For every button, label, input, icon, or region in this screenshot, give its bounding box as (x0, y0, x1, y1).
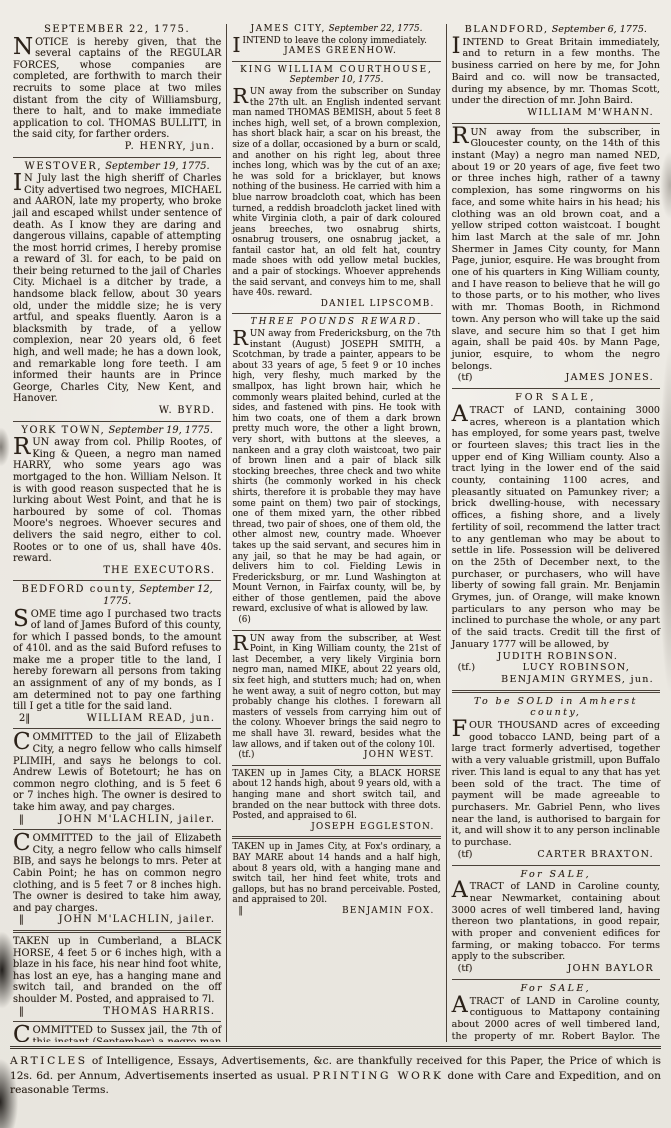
ad-body: RUN away from col. Philip Rootes, of Kin… (13, 437, 221, 565)
ad-dateline: BEDFORD county, September 12, 1775. (13, 584, 221, 607)
signature-name: BENJAMIN FOX. (342, 906, 439, 917)
ad-text: TAKEN up in James City, at Fox's ordinar… (232, 842, 440, 905)
drop-cap: I (452, 37, 463, 56)
ad-body: NOTICE is hereby given, that the several… (13, 37, 221, 141)
ad-signature: DANIEL LIPSCOMB. (238, 299, 438, 310)
ad-text: TAKEN up in Cumberland, a BLACK HORSE, 4… (13, 936, 221, 1005)
drop-cap: R (232, 329, 250, 347)
drop-cap: R (452, 127, 471, 146)
signature-name: JOHN M'LACHLIN, jailer. (59, 814, 220, 826)
signature-name: W. BYRD. (159, 405, 219, 417)
ad-body: COMMITTED to the jail of Elizabeth City,… (13, 732, 221, 813)
column-1: SEPTEMBER 22, 1775. NOTICE is hereby giv… (8, 24, 226, 1042)
ad-text: OMMITTED to the jail of Elizabeth City, … (13, 833, 221, 914)
signature-name: JOHN WEST. (364, 750, 439, 761)
drop-cap: C (13, 1025, 33, 1042)
ad-heading: FOR SALE, (452, 392, 660, 404)
ad-text: UN away from col. Philip Rootes, of King… (13, 437, 221, 564)
ad-committed-bib: COMMITTED to the jail of Elizabeth City,… (13, 829, 221, 926)
ad-text: INTEND to leave the colony immediately. (243, 36, 427, 46)
dateline-date: SEPTEMBER 22, 1775. (44, 24, 190, 35)
ad-text: UN away from the subscriber, at West Poi… (232, 634, 440, 750)
ad-heading: To be SOLD in Amherst county, (452, 696, 660, 719)
ad-body: TAKEN up in James City, a BLACK HORSE ab… (232, 769, 440, 822)
ad-text: OME time ago I purchased two tracts of l… (13, 609, 221, 713)
ad-signature: ‖ BENJAMIN FOX. (238, 906, 438, 917)
ad-dateline: JAMES CITY, September 22, 1775. (232, 24, 440, 35)
ad-three-pounds-reward-joseph-smith: THREE POUNDS REWARD. RUN away from Frede… (232, 313, 440, 625)
drop-cap: I (232, 36, 242, 54)
signature-mark: 2‖ (19, 713, 30, 725)
ad-body: IINTEND to leave the colony immediately. (232, 36, 440, 47)
ad-text: TRACT of LAND in Caroline county, near N… (452, 881, 660, 962)
ad-body: COMMITTED to the jail of Elizabeth City,… (13, 833, 221, 914)
drop-cap: R (232, 634, 250, 652)
footer-articles-word: ARTICLES (10, 1055, 88, 1067)
ad-body: ATRACT of LAND, containing 3000 acres, w… (452, 405, 660, 651)
dateline-date: September 22, 1775. (329, 24, 423, 34)
signature-name: LUCY ROBINSON, (523, 662, 635, 674)
ad-body: TAKEN up in James City, at Fox's ordinar… (232, 842, 440, 906)
ad-taken-up-black-horse-cumberland: TAKEN up in Cumberland, a BLACK HORSE, 4… (13, 930, 221, 1017)
drop-cap: C (13, 833, 33, 852)
dateline-place: WESTOVER, (25, 161, 102, 172)
dateline-place: BLANDFORD, (465, 24, 549, 35)
ad-yorktown-runaway-harry: YORK TOWN, September 19, 1775. RUN away … (13, 421, 221, 577)
ad-for-sale-king-william-tracts: FOR SALE, ATRACT of LAND, containing 300… (452, 388, 660, 686)
ad-greenhow-leaving-colony: JAMES CITY, September 22, 1775. IINTEND … (232, 24, 440, 57)
ad-dateline: YORK TOWN, September 19, 1775. (13, 425, 221, 437)
dateline-place: KING WILLIAM COURTHOUSE, (232, 65, 440, 76)
ad-body: IN July last the high sheriff of Charles… (13, 173, 221, 405)
signature-name: P. HENRY, jun. (125, 141, 220, 153)
footer-printing-word: PRINTING WORK (313, 1070, 444, 1082)
ad-body: RUN away from the subscriber on Sunday t… (232, 87, 440, 299)
dateline-date: September 19, 1775. (109, 425, 213, 436)
ad-signature: ‖ THOMAS HARRIS. (19, 1006, 219, 1018)
ad-text: UN away from the subscriber, in Gloucest… (452, 127, 660, 372)
signature-name: BENJAMIN GRYMES, jun. (501, 674, 658, 686)
signature-mark: (6) (238, 615, 250, 626)
page-footer: ARTICLES of Intelligence, Essays, Advert… (10, 1046, 661, 1098)
ad-text: OMMITTED to Sussex jail, the 7th of this… (13, 1025, 221, 1042)
ad-regular-forces-notice: SEPTEMBER 22, 1775. NOTICE is hereby giv… (13, 24, 221, 153)
signature-name: THE EXECUTORS. (103, 565, 219, 577)
ad-text: OMMITTED to the jail of Elizabeth City, … (13, 732, 221, 813)
newspaper-page: SEPTEMBER 22, 1775. NOTICE is hereby giv… (0, 0, 671, 1128)
ad-text: TAKEN up in James City, a BLACK HORSE ab… (232, 769, 440, 821)
signature-mark: (tf.) (238, 750, 254, 761)
ad-runaway-mike-west-point: RUN away from the subscriber, at West Po… (232, 630, 440, 761)
ad-signature: JOSEPH EGGLESTON. (238, 822, 438, 833)
signature-name: DANIEL LIPSCOMB. (321, 299, 439, 310)
ad-body: IINTEND to Great Britain immediately, an… (452, 37, 660, 107)
ad-signature: JUDITH ROBINSON. (458, 651, 658, 663)
ad-text: OUR THOUSAND acres of exceeding good tob… (452, 720, 660, 848)
drop-cap: S (13, 609, 31, 628)
signature-name: CARTER BRAXTON. (537, 849, 658, 861)
dateline-place: JAMES CITY, (251, 24, 326, 34)
drop-cap: I (13, 173, 24, 192)
column-2: JAMES CITY, September 22, 1775. IINTEND … (226, 24, 445, 1042)
ad-body: ATRACT of LAND in Caroline county, conti… (452, 996, 660, 1042)
ad-taken-up-bay-mare-fox-ordinary: TAKEN up in James City, at Fox's ordinar… (232, 836, 440, 916)
ad-signature: ‖ JOHN M'LACHLIN, jailer. (19, 814, 219, 826)
ad-body: RUN away from Fredericksburg, on the 7th… (232, 329, 440, 615)
dateline-place: YORK TOWN, (21, 425, 105, 436)
dateline-date: September 19, 1775. (105, 161, 209, 172)
ad-signature: P. HENRY, jun. (19, 141, 219, 153)
ad-signature: (tf) CARTER BRAXTON. (458, 849, 658, 861)
signature-mark: ‖ (19, 914, 24, 926)
ad-text: UN away from Fredericksburg, on the 7th … (232, 329, 440, 614)
ad-signature: W. BYRD. (19, 405, 219, 417)
ad-taken-up-black-horse-james-city: TAKEN up in James City, a BLACK HORSE ab… (232, 765, 440, 833)
ad-heading: For SALE, (452, 869, 660, 881)
ad-heading: THREE POUNDS REWARD. (232, 317, 440, 328)
ad-signature: JAMES GREENHOW. (243, 46, 439, 57)
ad-dateline: BLANDFORD, September 6, 1775. (452, 24, 660, 36)
signature-name: JOSEPH EGGLESTON. (311, 822, 438, 833)
ad-signature: (tf) JAMES JONES. (458, 372, 658, 384)
ad-dateline: WESTOVER, September 19, 1775. (13, 161, 221, 173)
drop-cap: R (232, 87, 250, 105)
footer-text: ARTICLES of Intelligence, Essays, Advert… (10, 1054, 661, 1098)
ad-mwhann-great-britain: BLANDFORD, September 6, 1775. IINTEND to… (452, 24, 660, 119)
drop-cap: A (452, 405, 470, 424)
signature-name: JAMES JONES. (565, 372, 658, 384)
signature-name: JUDITH ROBINSON. (498, 651, 619, 663)
signature-mark: (tf) (458, 963, 473, 975)
signature-mark: ‖ (19, 814, 24, 826)
ad-text: OTICE is hereby given, that the several … (13, 37, 221, 141)
drop-cap: N (13, 37, 35, 56)
signature-name: WILLIAM M'WHANN. (527, 107, 658, 119)
ad-text: TRACT of LAND in Caroline county, contig… (452, 996, 660, 1042)
signature-name: WILLIAM READ, jun. (87, 713, 220, 725)
ad-signature: (6) (238, 615, 438, 626)
ad-for-sale-caroline-mattapony: For SALE, ATRACT of LAND in Caroline cou… (452, 979, 660, 1042)
ad-text: UN away from the subscriber on Sunday th… (232, 87, 440, 298)
drop-cap: A (452, 881, 470, 900)
ad-dateline: SEPTEMBER 22, 1775. (13, 24, 221, 36)
ad-text: TRACT of LAND, containing 3000 acres, wh… (452, 405, 660, 650)
ad-signature: ‖ JOHN M'LACHLIN, jailer. (19, 914, 219, 926)
dateline-date: September 6, 1775. (552, 24, 647, 35)
drop-cap: R (13, 437, 32, 456)
signature-mark: (tf) (458, 849, 473, 861)
drop-cap: F (452, 720, 469, 739)
signature-name: JOHN BAYLOR (567, 963, 658, 975)
ad-body: COMMITTED to Sussex jail, the 7th of thi… (13, 1025, 221, 1042)
ad-runaway-ned-gloucester: RUN away from the subscriber, in Glouces… (452, 123, 660, 384)
ad-to-be-sold-amherst-tobacco-land: To be SOLD in Amherst county, FOUR THOUS… (452, 690, 660, 861)
ad-signature: WILLIAM M'WHANN. (458, 107, 658, 119)
ad-dateline: KING WILLIAM COURTHOUSE, September 10, 1… (232, 65, 440, 86)
ad-signature: (tf) JOHN BAYLOR (458, 963, 658, 975)
ad-body: RUN away from the subscriber, at West Po… (232, 634, 440, 751)
drop-cap: A (452, 996, 470, 1015)
signature-mark: (tf.) (458, 662, 475, 674)
signature-mark: (tf) (458, 372, 473, 384)
ad-signature: BENJAMIN GRYMES, jun. (458, 674, 658, 686)
ad-signature: (tf.) LUCY ROBINSON, (458, 662, 658, 674)
ad-committed-caesar-sussex: COMMITTED to Sussex jail, the 7th of thi… (13, 1021, 221, 1042)
signature-mark: ‖ (238, 906, 242, 917)
ad-text: INTEND to Great Britain immediately, and… (452, 37, 660, 107)
dateline-place: BEDFORD county, (22, 584, 137, 595)
ad-committed-plimih: COMMITTED to the jail of Elizabeth City,… (13, 728, 221, 825)
ad-text: N July last the high sheriff of Charles … (13, 173, 221, 404)
column-3: BLANDFORD, September 6, 1775. IINTEND to… (446, 24, 665, 1042)
ad-bedford-land-bonds: BEDFORD county, September 12, 1775. SOME… (13, 580, 221, 724)
drop-cap: C (13, 732, 33, 751)
ad-westover-runaways: WESTOVER, September 19, 1775. IN July la… (13, 157, 221, 417)
ad-signature: THE EXECUTORS. (19, 565, 219, 577)
ad-body: RUN away from the subscriber, in Glouces… (452, 127, 660, 373)
signature-name: JOHN M'LACHLIN, jailer. (59, 914, 220, 926)
column-layout: SEPTEMBER 22, 1775. NOTICE is hereby giv… (0, 0, 671, 1042)
ad-body: TAKEN up in Cumberland, a BLACK HORSE, 4… (13, 936, 221, 1006)
signature-name: JAMES GREENHOW. (284, 46, 397, 57)
ad-body: FOUR THOUSAND acres of exceeding good to… (452, 720, 660, 849)
ad-signature: (tf.) JOHN WEST. (238, 750, 438, 761)
ad-signature: 2‖ WILLIAM READ, jun. (19, 713, 219, 725)
dateline-date: September 10, 1775. (232, 75, 440, 86)
ad-body: ATRACT of LAND in Caroline county, near … (452, 881, 660, 963)
ad-body: SOME time ago I purchased two tracts of … (13, 609, 221, 713)
ad-heading: For SALE, (452, 983, 660, 995)
ad-runaway-thomas-bemish: KING WILLIAM COURTHOUSE, September 10, 1… (232, 61, 440, 310)
signature-name: THOMAS HARRIS. (103, 1006, 219, 1018)
ad-for-sale-caroline-newmarket: For SALE, ATRACT of LAND in Caroline cou… (452, 865, 660, 975)
signature-mark: ‖ (19, 1006, 24, 1018)
